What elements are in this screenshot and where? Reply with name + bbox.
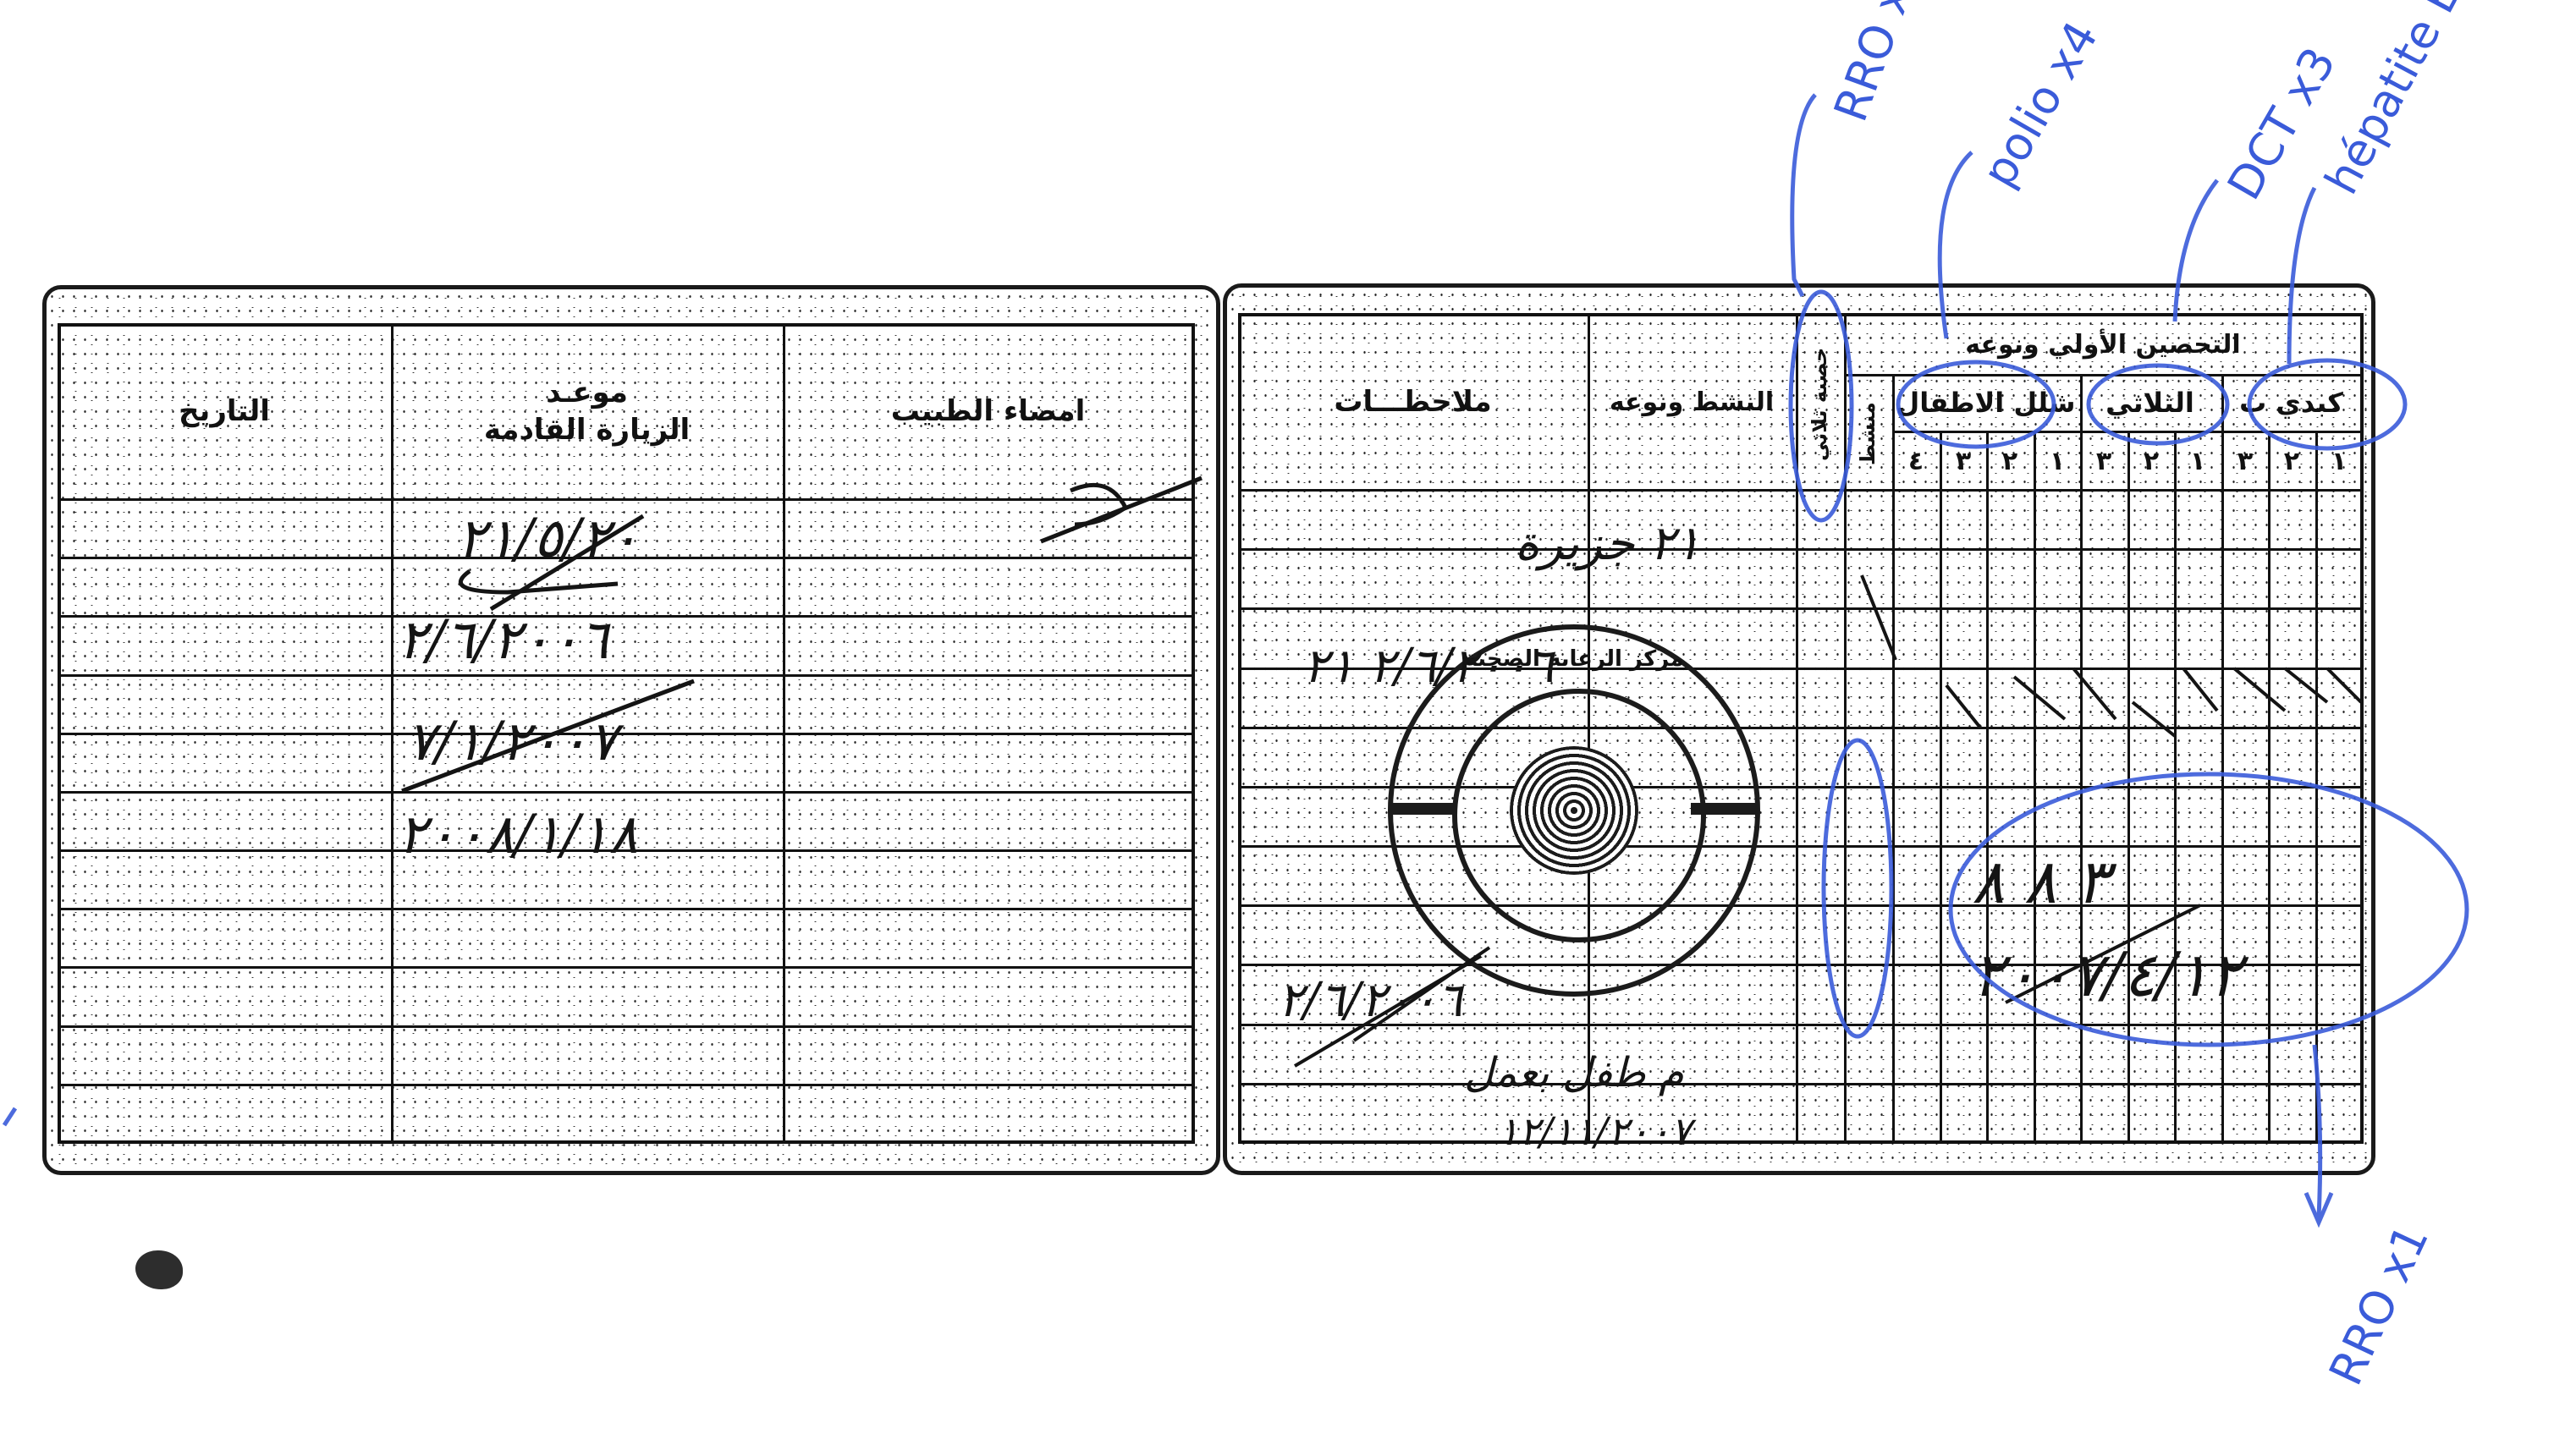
dose-col-divider <box>1940 431 1942 1144</box>
annotation-polio: polio x4 <box>1972 13 2108 196</box>
table-row-line <box>1238 1083 2364 1085</box>
dose-number-dct: ٣ <box>2080 433 2127 489</box>
header-doctor-signature: امضاء الطبيب <box>783 323 1193 499</box>
table-row-line <box>58 615 1195 618</box>
table-row-line <box>1238 607 2364 610</box>
annotation-text: hépatite B <box>2315 0 2473 203</box>
annotation-count: x1 <box>2367 1217 2439 1290</box>
annotation-rro-bottom: RRO x1 <box>2319 1217 2439 1393</box>
table-row-line <box>58 1025 1195 1028</box>
annotation-hepatitis-b: hépatite B x3 <box>2315 0 2506 203</box>
dose-col-divider <box>2080 374 2083 1144</box>
dose-number-hepatitis_b: ٣ <box>2221 433 2269 489</box>
annotation-count: x4 <box>2034 13 2109 88</box>
dose-col-divider <box>2174 431 2177 1144</box>
dose-number-polio: ٢ <box>1986 433 2034 489</box>
annotation-text: polio <box>1972 74 2073 195</box>
header-activity: النشط ونوعه <box>1588 313 1796 491</box>
handwritten-next-visit: ٧/١/٢٠٠٧ <box>406 711 617 773</box>
dose-number-hepatitis_b: ٢ <box>2268 433 2315 489</box>
handwritten-booster-dates: ٣ ٨ ٨ <box>1972 846 2109 917</box>
table-row-line <box>1238 904 2364 907</box>
handwritten-activity: ٢١ جزيرة <box>1515 516 1700 571</box>
handwritten-activity: ٢/٦/٢٠٠٦ ٢١ <box>1303 639 1554 694</box>
handwritten-activity: ١٢/١١/٢٠٠٧ <box>1498 1108 1692 1154</box>
dose-col-divider <box>2315 431 2318 1144</box>
header-notes: ملاحظـــات <box>1238 313 1588 491</box>
table-row-line <box>1238 548 2364 551</box>
immunization-title: التحصين الأولي ونوعه <box>1844 315 2362 374</box>
vaccine-hepatitis-b: كبدي ب <box>2221 376 2362 431</box>
dose-col-divider <box>2268 431 2271 1144</box>
handwritten-booster-dates: ٢٠٠٧/٤/١٢ <box>1972 939 2242 1010</box>
annotation-rro-top: RRO x1 <box>1824 0 1932 129</box>
table-row-line <box>58 1084 1195 1086</box>
vaccine-dct: الثلاثي <box>2079 376 2221 431</box>
dose-col-divider <box>1892 374 1895 1144</box>
table-row-line <box>58 908 1195 910</box>
table-row-line <box>58 791 1195 794</box>
stamp-emblem <box>1510 746 1638 875</box>
header-next-visit: موعـد الزيارة القادمة <box>391 323 783 499</box>
dose-number-dct: ٢ <box>2127 433 2175 489</box>
ink-blot <box>135 1250 183 1289</box>
annotation-count: x3 <box>2272 38 2347 113</box>
annotation-count: x1 <box>1863 0 1932 21</box>
dose-col-divider <box>2221 374 2224 1144</box>
dose-number-hepatitis_b: ١ <box>2315 433 2363 489</box>
handwritten-next-visit: ٢١/٥/٢٠ <box>457 508 639 570</box>
table-row-line <box>58 733 1195 735</box>
vaccine-polio: شلل الاطفال <box>1892 376 2079 431</box>
dose-number-polio: ٤ <box>1892 433 1940 489</box>
header-measles-mmr: حصبة ثلاثي <box>1796 321 1844 486</box>
handwritten-next-visit: ٢٠٠٨/١/١٨ <box>398 804 638 866</box>
table-row-line <box>58 674 1195 677</box>
annotation-text: RRO <box>2319 1280 2409 1393</box>
dose-number-dct: ١ <box>2174 433 2221 489</box>
handwritten-next-visit: ٢/٦/٢٠٠٦ <box>398 609 608 672</box>
header-date: التاريخ <box>58 323 391 499</box>
dose-col-divider <box>2034 431 2036 1144</box>
dose-col-divider <box>1986 431 1989 1144</box>
dose-number-polio: ١ <box>2034 433 2081 489</box>
header-booster: منشط <box>1844 381 1892 486</box>
table-row-line <box>58 966 1195 969</box>
annotation-text: RRO <box>1824 17 1907 129</box>
annotation-text: DCT <box>2217 100 2311 209</box>
handwritten-notes: م طفل بعمل <box>1464 1049 1684 1096</box>
dose-col-divider <box>2127 431 2130 1144</box>
dose-number-polio: ٣ <box>1940 433 1987 489</box>
handwritten-notes: ٢/٦/٢٠٠٦ <box>1278 973 1462 1028</box>
